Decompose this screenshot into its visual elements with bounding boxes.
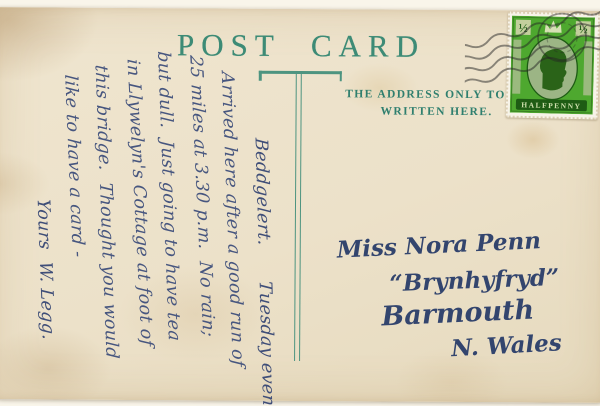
postage-stamp: ½ ½ HALFPENNY [506, 11, 600, 119]
address-region: N. Wales [450, 329, 562, 362]
address-recipient: Miss Nora Penn [336, 227, 541, 263]
stamp-denomination-left: ½ [519, 21, 528, 35]
center-divider-line [294, 71, 302, 361]
stamp-label: HALFPENNY [521, 100, 581, 110]
address-town: Barmouth [381, 294, 535, 332]
address-house: “Brynhyfryd” [389, 264, 560, 297]
handwritten-message: Beddgelert. Tuesday evening - Arrived he… [19, 48, 273, 402]
stamp-artwork: ½ ½ HALFPENNY [510, 16, 595, 115]
stamp-left-ornament [512, 40, 521, 94]
postcard-back: POST CARD THE ADDRESS ONLY TO BE WRITTEN… [0, 7, 600, 403]
stamp-denomination-right: ½ [579, 22, 588, 36]
stamp-right-ornament [583, 41, 592, 95]
handwritten-address: Miss Nora Penn “Brynhyfryd” Barmouth N. … [0, 7, 600, 11]
